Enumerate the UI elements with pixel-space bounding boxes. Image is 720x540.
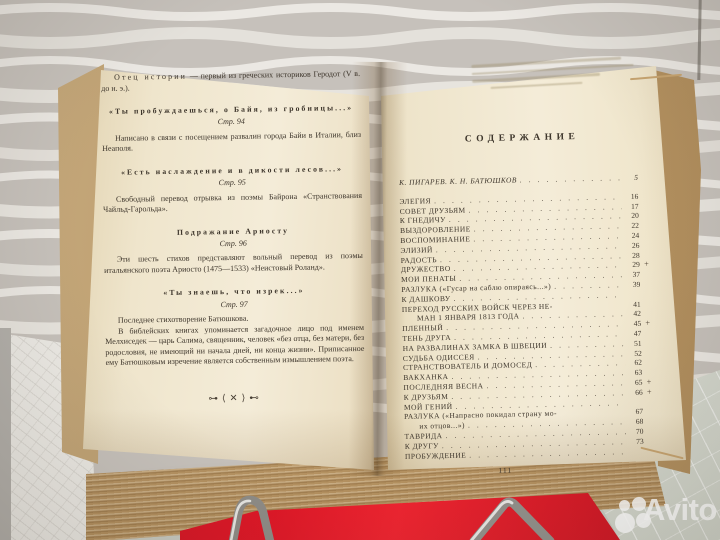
avito-wordmark: Avito — [643, 492, 717, 528]
book-photo: Отец истории — первый из греческих истор… — [0, 0, 720, 540]
toc-author-entry: К. ПИГАРЕВ. К. Н. БАТЮШКОВ 5 — [399, 173, 647, 188]
wall-base-strip — [0, 328, 11, 540]
toc-entry-page: 20 — [622, 211, 639, 221]
toc-entry-page: 47 — [624, 329, 641, 339]
toc-entry-page: 70 — [626, 427, 643, 437]
toc-author-page: 5 — [621, 173, 638, 183]
page-ref: Стр. 96 — [104, 237, 363, 252]
toc-entry-page: 24 — [622, 231, 639, 241]
toc-entry-page: 67 — [626, 407, 643, 417]
toc-entry-page: 22 — [622, 221, 639, 231]
toc-entry-page: 41 — [624, 299, 641, 309]
toc-entry-page: 45 — [624, 319, 641, 329]
show-through-line — [491, 82, 583, 90]
toc-author-label: К. ПИГАРЕВ. К. Н. БАТЮШКОВ — [399, 175, 517, 187]
dot-leader — [553, 307, 624, 309]
avito-logo-circle — [615, 513, 635, 533]
toc-entry-page: 42 — [624, 309, 641, 319]
toc-entry-page: 63 — [625, 368, 642, 378]
toc-entry-label: ПРОБУЖДЕНИЕ — [405, 450, 466, 461]
toc-entry-page: 16 — [621, 192, 638, 202]
toc-entry-page: 65 — [625, 378, 642, 388]
commentary-paragraph: Свободный перевод отрывка из поэмы Байро… — [103, 191, 362, 216]
toc-entry-page: 51 — [624, 338, 641, 348]
commentary-paragraph: Написано в связи с посещением развалин г… — [102, 130, 361, 155]
page-ref: Стр. 94 — [102, 115, 361, 130]
dot-leader — [466, 447, 627, 460]
toc-entry-page: 29 — [623, 260, 640, 270]
avito-watermark: Avito — [609, 486, 720, 538]
toc-entry-list: ЭЛЕГИЯ16СОВЕТ ДРУЗЬЯМ17К ГНЕДИЧУ20ВЫЗДОР… — [399, 191, 653, 461]
toc-entry-page: 37 — [623, 270, 640, 280]
left-page-commentary: Отец истории — первый из греческих истор… — [101, 69, 365, 407]
toc-entry-page: 52 — [625, 348, 642, 358]
dot-leader — [557, 414, 626, 416]
avito-logo-circle — [619, 500, 630, 511]
handwritten-plus-mark: + — [640, 260, 649, 270]
term-emphasis: Отец истории — [114, 72, 187, 82]
commentary-paragraph: В библейских книгах упоминается загадочн… — [105, 323, 365, 369]
toc-entry-page: 26 — [622, 241, 639, 251]
commentary-paragraph: Эти шесть стихов представляют вольный пе… — [104, 251, 363, 276]
table-of-contents: СОДЕРЖАНИЕ К. ПИГАРЕВ. К. Н. БАТЮШКОВ 5 … — [398, 131, 653, 478]
toc-entry-page: 17 — [621, 201, 638, 211]
toc-entry-page: 62 — [625, 358, 642, 368]
page-ref: Стр. 97 — [105, 298, 364, 313]
toc-entry-page: 68 — [626, 417, 643, 427]
toc-entry-page: 73 — [627, 436, 644, 446]
toc-entry-page: 66 — [626, 387, 643, 397]
handwritten-plus-mark: + — [643, 387, 652, 397]
toc-entry-page: 28 — [623, 250, 640, 260]
dot-leader — [517, 173, 621, 185]
handwritten-plus-mark: + — [641, 319, 650, 329]
toc-entry-page: 39 — [623, 280, 640, 290]
commentary-paragraph: Отец истории — первый из греческих истор… — [101, 69, 360, 94]
page-ref: Стр. 95 — [103, 176, 362, 191]
